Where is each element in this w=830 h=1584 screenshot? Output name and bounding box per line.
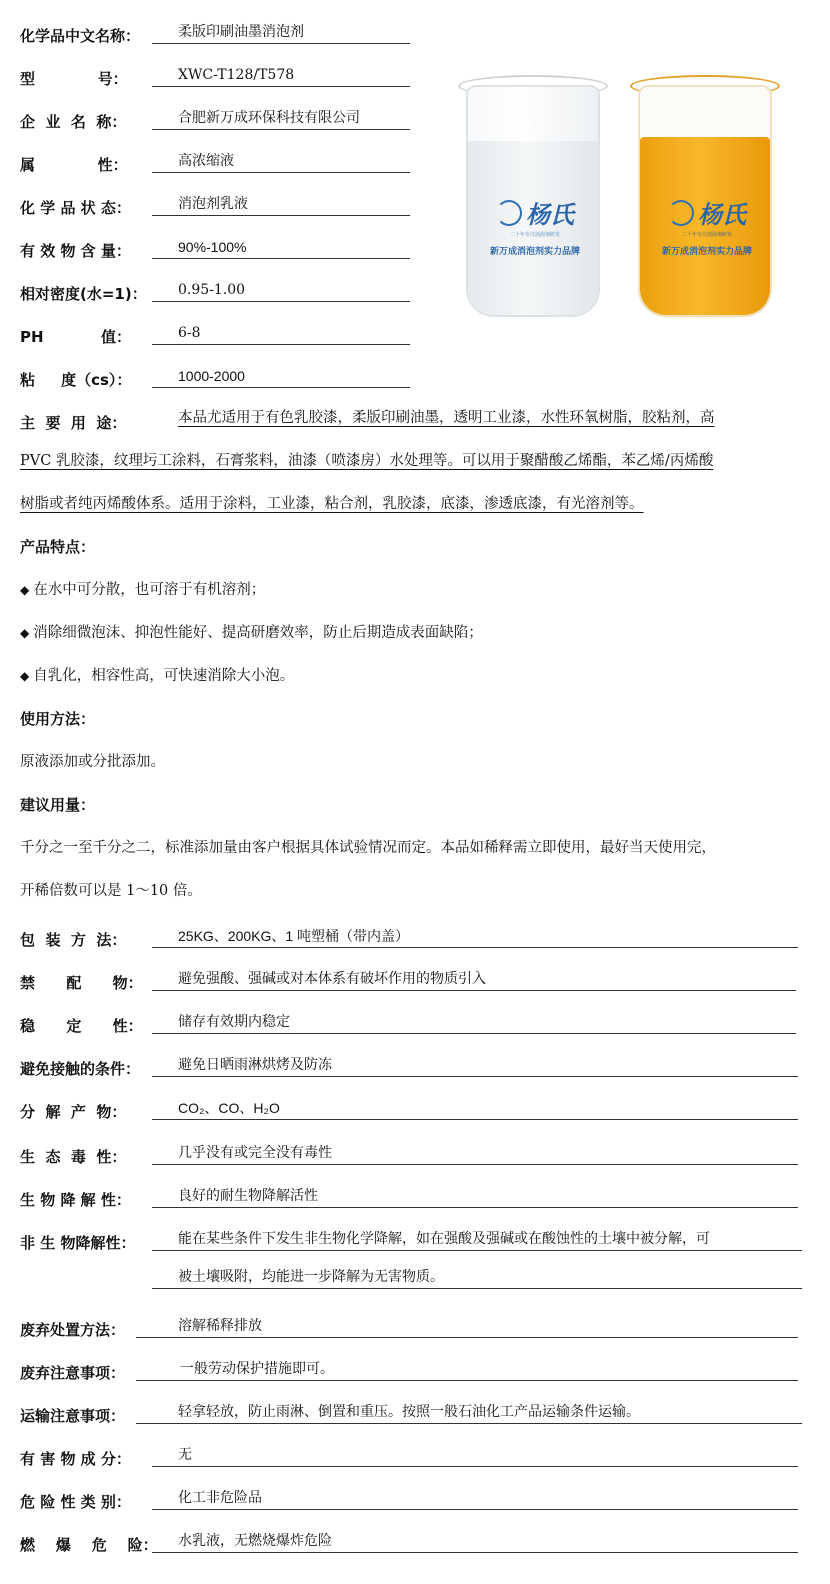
field-label: 化 学 品 状 态： <box>20 198 131 218</box>
product-image: 杨氏 二十年专注消泡剂研发 新万成消泡剂实力品牌 杨氏 二十年专注消泡剂研发 新… <box>440 55 810 335</box>
field-value: 轻拿轻放，防止雨淋、倒置和重压。按照一般石油化工产品运输条件运输。 <box>136 1402 802 1424</box>
field-value: 消泡剂乳液 <box>152 194 410 216</box>
main-use-line-2: PVC 乳胶漆，纹理圬工涂料，石膏浆料，油漆（喷漆房）水处理等。可以用于聚醋酸乙… <box>20 451 713 471</box>
field-label: 有 害 物 成 分： <box>20 1449 131 1469</box>
field-transport-notes: 运输注意事项： <box>20 1396 125 1426</box>
dosage-line-2: 开稀倍数可以是 1～10 倍。 <box>20 881 202 901</box>
logo-circle-icon <box>496 200 522 226</box>
feature-item: ◆消除细微泡沫、抑泡性能好、提高研磨效率，防止后期造成表面缺陷； <box>20 623 483 643</box>
field-label: 危 险 性 类 别： <box>20 1492 131 1512</box>
field-property: 属 性： <box>20 145 128 175</box>
field-value-continued: 被土壤吸附，均能进一步降解为无害物质。 <box>152 1267 802 1289</box>
usage-heading: 使用方法： <box>20 709 95 729</box>
main-use-line-3: 树脂或者纯丙烯酸体系。适用于涂料，工业漆，粘合剂，乳胶漆，底漆，渗透底漆，有光溶… <box>20 494 644 514</box>
field-explosion-hazard: 燃 爆 危 险： <box>20 1525 158 1555</box>
field-value: 1000-2000 <box>152 366 410 388</box>
field-label: 废弃处置方法： <box>20 1320 125 1340</box>
field-label: 生 物 降 解 性： <box>20 1190 131 1210</box>
field-value: 化工非危险品 <box>152 1488 798 1510</box>
brand-slogan: 新万成消泡剂实力品牌 <box>480 244 590 257</box>
brand-slogan: 新万成消泡剂实力品牌 <box>652 244 762 257</box>
field-label: 包 装 方 法： <box>20 930 126 950</box>
field-value: 储存有效期内稳定 <box>152 1012 796 1034</box>
field-label: 型 号： <box>20 69 128 89</box>
usage-text: 原液添加或分批添加。 <box>20 752 165 772</box>
dosage-heading: 建议用量： <box>20 795 95 815</box>
brand-name: 杨氏 <box>526 195 574 230</box>
main-use-label-row: 主 要 用 途： <box>20 403 126 433</box>
field-value: 6-8 <box>152 323 410 345</box>
field-model: 型 号： <box>20 59 128 89</box>
field-label: 有 效 物 含 量： <box>20 241 131 261</box>
field-disposal-notes: 废弃注意事项： <box>20 1353 125 1383</box>
beaker-yellow: 杨氏 二十年专注消泡剂研发 新万成消泡剂实力品牌 <box>630 75 780 320</box>
field-label: 稳 定 性： <box>20 1016 143 1036</box>
field-ph: PH 值： <box>20 317 131 347</box>
field-value: CO₂、CO、H₂O <box>152 1098 798 1120</box>
field-value: 能在某些条件下发生非生物化学降解，如在强酸及强碱或在酸蚀性的土壤中被分解，可 <box>152 1229 802 1251</box>
main-use-label: 主 要 用 途： <box>20 413 126 433</box>
feature-text: 消除细微泡沫、抑泡性能好、提高研磨效率，防止后期造成表面缺陷； <box>33 625 483 641</box>
field-label: 运输注意事项： <box>20 1406 125 1426</box>
field-value: 水乳液，无燃烧爆炸危险 <box>152 1531 798 1553</box>
field-value: 合肥新万成环保科技有限公司 <box>152 108 410 130</box>
field-label: 企 业 名 称： <box>20 112 126 132</box>
beaker-clear: 杨氏 二十年专注消泡剂研发 新万成消泡剂实力品牌 <box>458 75 608 320</box>
field-value: 无 <box>152 1445 798 1467</box>
field-decomposition: 分 解 产 物： <box>20 1092 126 1122</box>
field-value: 柔版印刷油墨消泡剂 <box>152 22 410 44</box>
field-company: 企 业 名 称： <box>20 102 126 132</box>
field-label: PH 值： <box>20 327 131 347</box>
field-label: 生 态 毒 性： <box>20 1147 126 1167</box>
feature-text: 在水中可分散，也可溶于有机溶剂； <box>33 582 265 598</box>
field-value: 溶解稀释排放 <box>136 1316 798 1338</box>
field-value: 良好的耐生物降解活性 <box>152 1186 798 1208</box>
field-value: 几乎没有或完全没有毒性 <box>152 1143 798 1165</box>
diamond-bullet-icon: ◆ <box>20 669 29 683</box>
field-value: 避免强酸、强碱或对本体系有破坏作用的物质引入 <box>152 969 796 991</box>
brand-slogan-small: 二十年专注消泡剂研发 <box>480 231 590 238</box>
diamond-bullet-icon: ◆ <box>20 626 29 640</box>
field-chinese-name: 化学品中文名称： <box>20 16 140 46</box>
field-eco-toxicity: 生 态 毒 性： <box>20 1137 126 1167</box>
field-value: 高浓缩液 <box>152 151 410 173</box>
logo: 杨氏 二十年专注消泡剂研发 新万成消泡剂实力品牌 <box>652 195 762 257</box>
field-label: 非 生 物降解性： <box>20 1233 135 1253</box>
field-value: 0.95-1.00 <box>152 280 410 302</box>
field-value: XWC-T128/T578 <box>152 65 410 87</box>
field-value: 90%-100% <box>152 237 410 259</box>
field-label: 相对密度(水=1)： <box>20 284 147 304</box>
feature-item: ◆自乳化，相容性高，可快速消除大小泡。 <box>20 666 294 686</box>
field-packaging: 包 装 方 法： <box>20 920 126 950</box>
field-label: 化学品中文名称： <box>20 26 140 46</box>
field-label: 避免接触的条件： <box>20 1059 140 1079</box>
field-viscosity: 粘 度（cs）： <box>20 360 131 390</box>
features-heading: 产品特点： <box>20 537 95 557</box>
field-disposal-method: 废弃处置方法： <box>20 1310 125 1340</box>
field-label: 粘 度（cs）： <box>20 370 131 390</box>
field-hazard-class: 危 险 性 类 别： <box>20 1482 131 1512</box>
field-biodegradability: 生 物 降 解 性： <box>20 1180 131 1210</box>
logo: 杨氏 二十年专注消泡剂研发 新万成消泡剂实力品牌 <box>480 195 590 257</box>
field-avoid-conditions: 避免接触的条件： <box>20 1049 140 1079</box>
field-label: 废弃注意事项： <box>20 1363 125 1383</box>
field-value: 一般劳动保护措施即可。 <box>136 1359 798 1381</box>
field-label: 分 解 产 物： <box>20 1102 126 1122</box>
field-label: 属 性： <box>20 155 128 175</box>
field-abiotic-degradation: 非 生 物降解性： <box>20 1223 135 1253</box>
dosage-line-1: 千分之一至千分之二，标准添加量由客户根据具体试验情况而定。本品如稀释需立即使用，… <box>20 838 716 858</box>
feature-item: ◆在水中可分散，也可溶于有机溶剂； <box>20 580 265 600</box>
logo-circle-icon <box>668 200 694 226</box>
field-stability: 稳 定 性： <box>20 1006 143 1036</box>
field-content: 有 效 物 含 量： <box>20 231 131 261</box>
brand-name: 杨氏 <box>698 195 746 230</box>
field-density: 相对密度(水=1)： <box>20 274 147 304</box>
field-state: 化 学 品 状 态： <box>20 188 131 218</box>
diamond-bullet-icon: ◆ <box>20 583 29 597</box>
field-value: 避免日晒雨淋烘烤及防冻 <box>152 1055 798 1077</box>
feature-text: 自乳化，相容性高，可快速消除大小泡。 <box>33 668 294 684</box>
main-use-line-1: 本品尤适用于有色乳胶漆，柔版印刷油墨，透明工业漆，水性环氧树脂，胶粘剂，高 <box>150 408 715 428</box>
field-incompatible: 禁 配 物： <box>20 963 143 993</box>
brand-slogan-small: 二十年专注消泡剂研发 <box>652 231 762 238</box>
field-value: 25KG、200KG、1 吨塑桶（带内盖） <box>152 926 798 948</box>
field-label: 燃 爆 危 险： <box>20 1535 158 1555</box>
field-label: 禁 配 物： <box>20 973 143 993</box>
field-hazardous-components: 有 害 物 成 分： <box>20 1439 131 1469</box>
